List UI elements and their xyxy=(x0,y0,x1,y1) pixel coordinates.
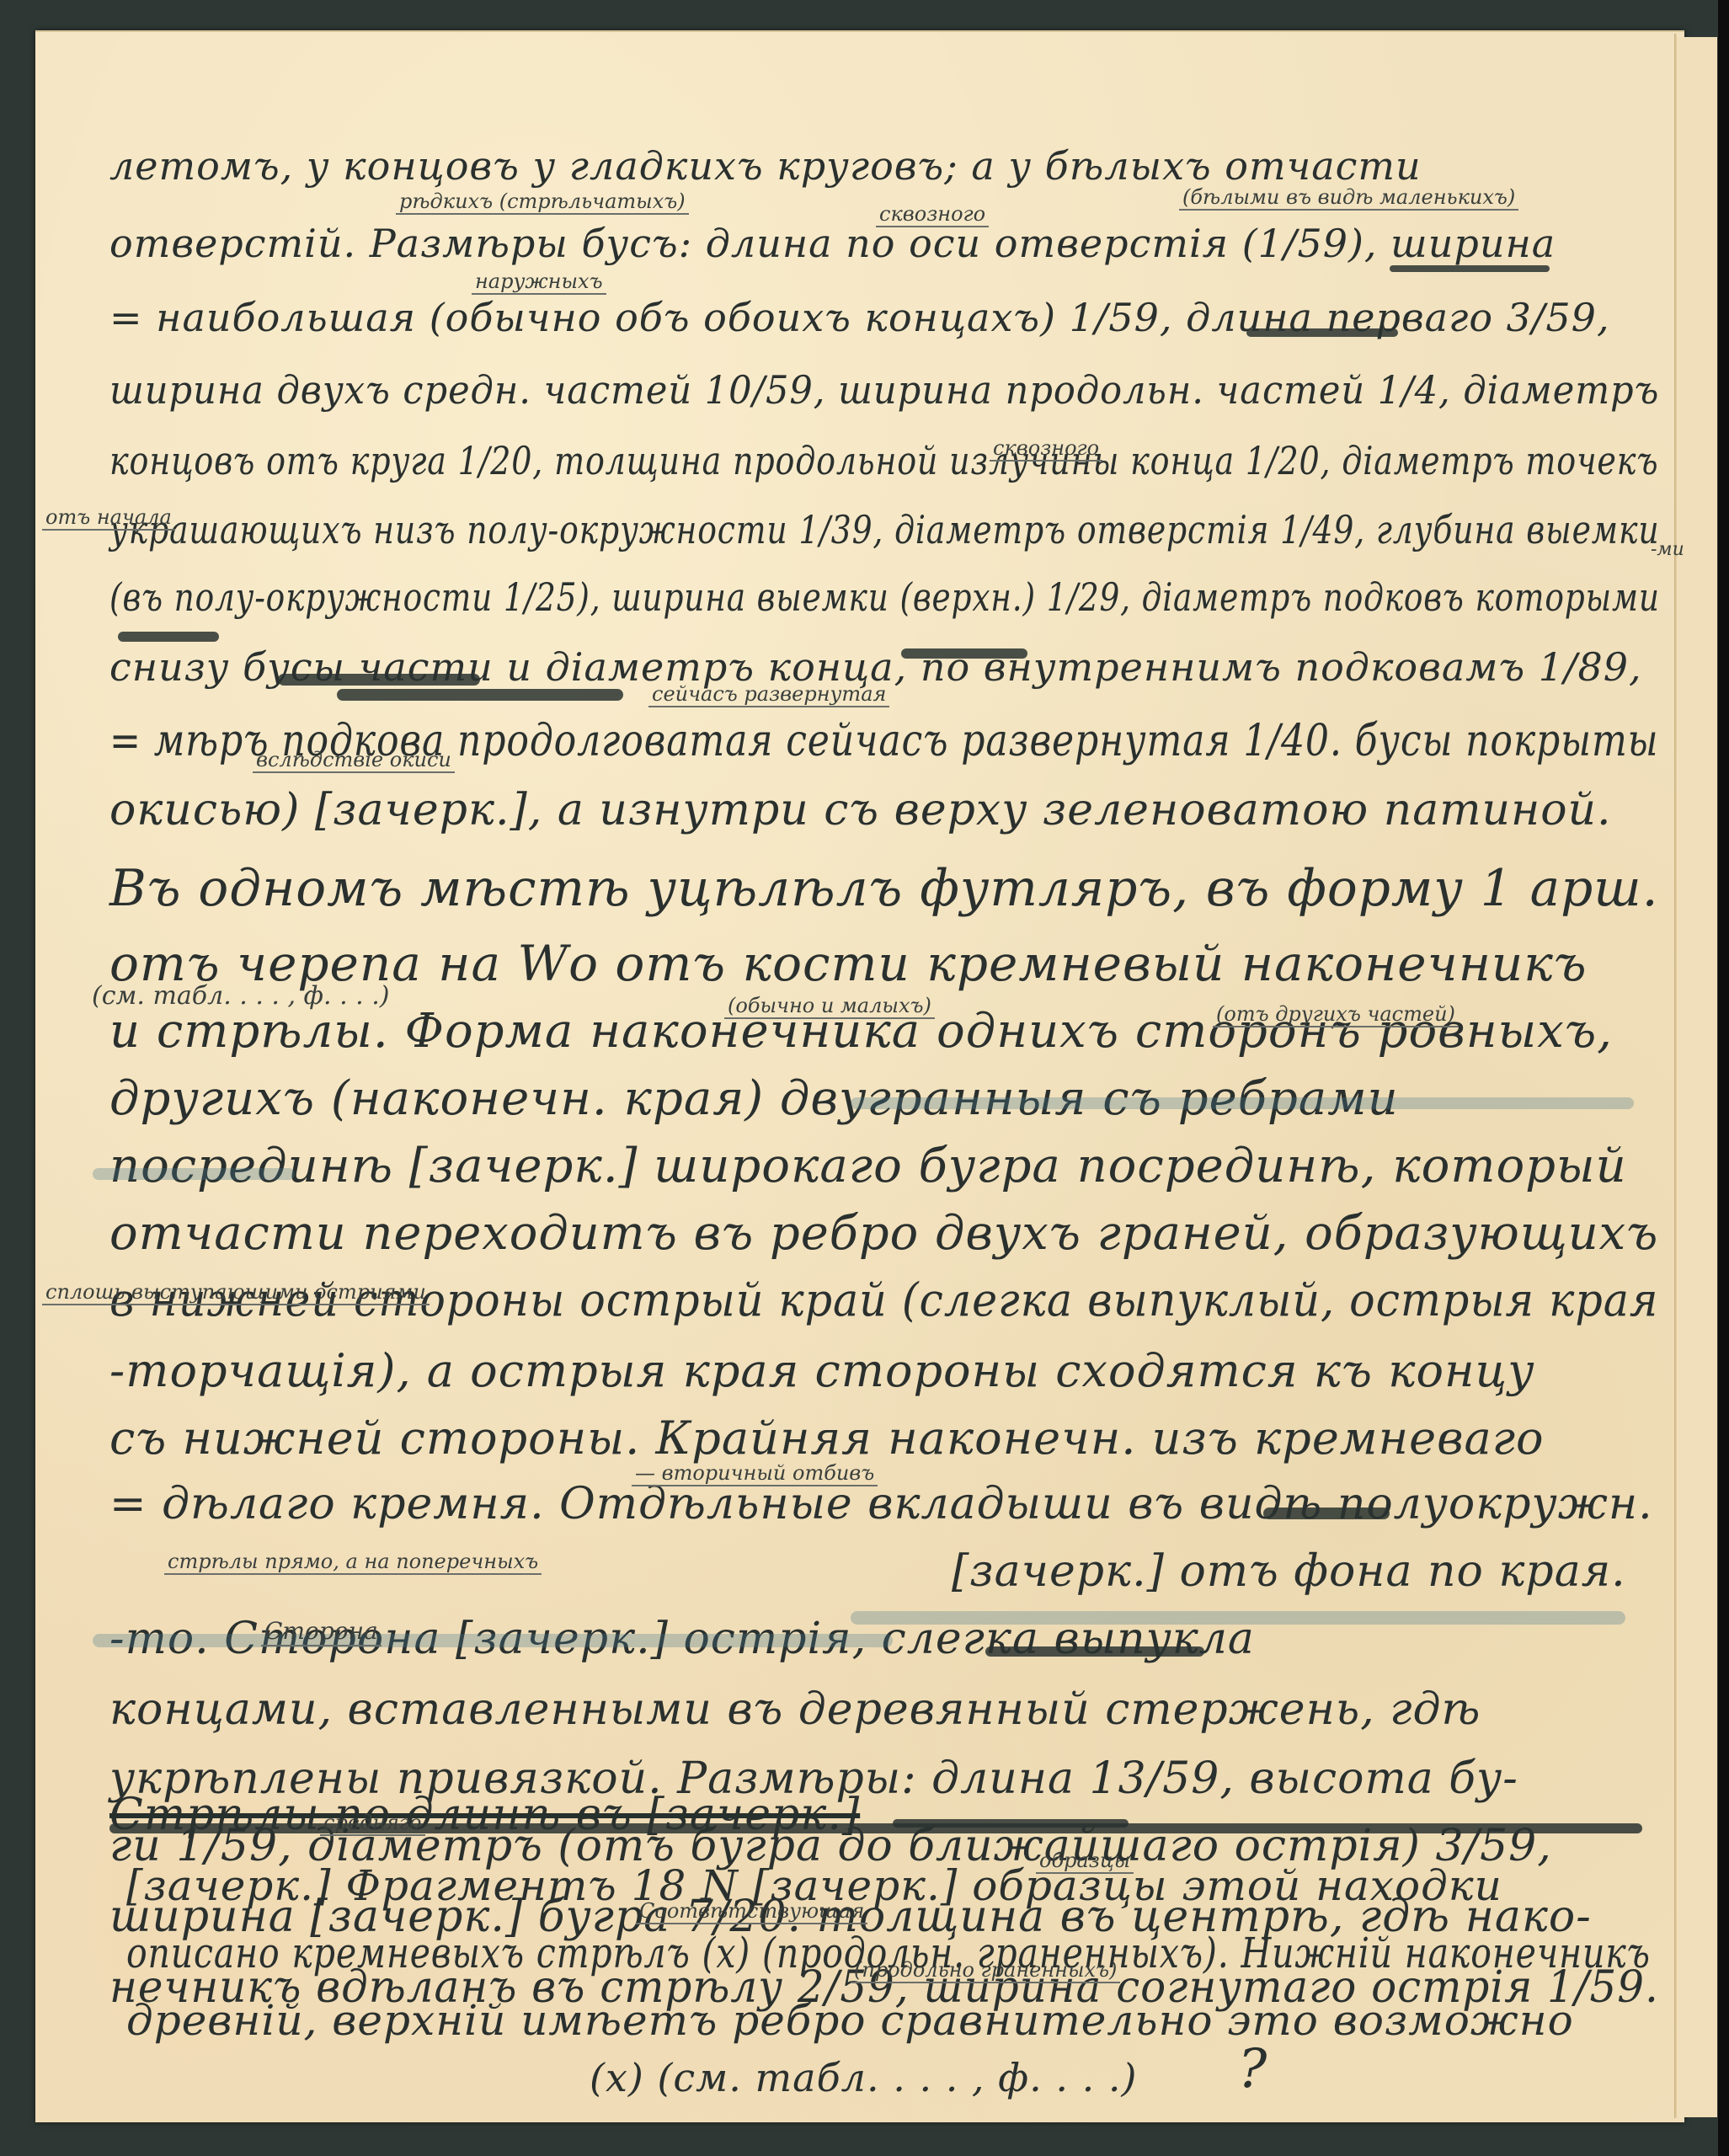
interlinear-insertion: (обычно и малыхъ) xyxy=(724,994,935,1019)
interlinear-insertion: сквозного xyxy=(876,202,989,227)
blue-strike-mark xyxy=(93,1634,893,1647)
blue-strike-mark xyxy=(93,1168,295,1180)
interlinear-insertion: вслѣдствіе окиси xyxy=(253,748,455,773)
blue-strike-mark xyxy=(851,1611,1625,1625)
interlinear-insertion: сплошь выступающими остриями xyxy=(42,1280,430,1305)
text-line: -торчащія), а острыя края стороны сходят… xyxy=(109,1344,1535,1397)
blue-strike-mark xyxy=(851,1097,1634,1109)
ink-strikeout xyxy=(1390,265,1550,272)
text-line: = дѣлаго кремня. Отдѣльные вкладыши въ в… xyxy=(109,1479,1653,1529)
interlinear-insertion: отъ начала xyxy=(42,505,175,531)
ink-strikeout xyxy=(1263,1508,1390,1519)
interlinear-insertion: (отъ другихъ частей) xyxy=(1213,1002,1459,1027)
question-mark: ? xyxy=(1238,2038,1267,2100)
text-line: летомъ, у концовъ у гладкихъ круговъ; а … xyxy=(109,143,1422,189)
ink-strikeout xyxy=(278,674,480,686)
text-line: (въ полу-окружности 1/25), ширина выемки… xyxy=(109,574,1660,620)
text-line: Въ одномъ мѣстѣ уцѣлѣлъ футляръ, въ форм… xyxy=(109,859,1659,918)
ink-strikeout xyxy=(1246,328,1398,337)
text-line: концовъ отъ круга 1/20, толщина продольн… xyxy=(109,438,1658,483)
text-line: концами, вставленными въ деревянный стер… xyxy=(109,1684,1481,1735)
ink-strikeout xyxy=(337,689,623,701)
text-line: древній, верхній имѣетъ ребро сравнитель… xyxy=(126,1996,1574,2045)
interlinear-insertion: (см. табл. . . . , ф. . . .) xyxy=(88,981,393,1011)
interlinear-insertion: образцы xyxy=(1036,1849,1134,1874)
margin-note: -ми xyxy=(1651,539,1684,560)
text-line: отверстій. Размѣры бусъ: длина по оси от… xyxy=(109,221,1556,266)
interlinear-insertion: стрѣлы прямо, а на поперечныхъ xyxy=(164,1550,542,1575)
interlinear-insertion: рѣдкихъ (стрѣльчатыхъ) xyxy=(396,189,689,215)
text-line: ширина двухъ средн. частей 10/59, ширина… xyxy=(109,367,1659,413)
interlinear-insertion: Сторона xyxy=(261,1617,382,1646)
adjacent-page-edge xyxy=(1677,37,1717,2117)
interlinear-insertion: (продольно граненныхъ) xyxy=(851,1958,1120,1983)
text-line: съ нижней стороны. Крайняя наконечн. изъ… xyxy=(109,1412,1545,1465)
ink-strikeout xyxy=(901,648,1027,659)
scan-border xyxy=(1718,0,1729,2156)
text-line: отчасти переходитъ въ ребро двухъ граней… xyxy=(109,1206,1658,1261)
interlinear-insertion: сейчасъ развернутая xyxy=(648,682,889,707)
text-line: украшающихъ низъ полу-окружности 1/39, д… xyxy=(109,507,1659,552)
interlinear-insertion: наружныхъ xyxy=(472,269,606,295)
interlinear-insertion: (бѣлыми въ видѣ маленькихъ) xyxy=(1179,185,1518,211)
interlinear-insertion: сквозного xyxy=(990,436,1102,462)
footnote: (х) (см. табл. . . . , ф. . . .) xyxy=(590,2055,1137,2100)
text-line: посрединѣ [зачерк.] широкаго бугра посре… xyxy=(109,1139,1627,1193)
ink-strikeout xyxy=(985,1646,1204,1657)
text-line: окисью) [зачерк.], а изнутри съ верху зе… xyxy=(109,785,1612,835)
interlinear-insertion: средняго xyxy=(320,1811,425,1836)
interlinear-insertion: — вторичный отбивъ xyxy=(632,1461,878,1486)
text-line: [зачерк.] отъ фона по края. xyxy=(952,1546,1626,1597)
ink-strikeout xyxy=(118,632,219,642)
interlinear-insertion: Соотвѣтствующая xyxy=(636,1899,867,1924)
